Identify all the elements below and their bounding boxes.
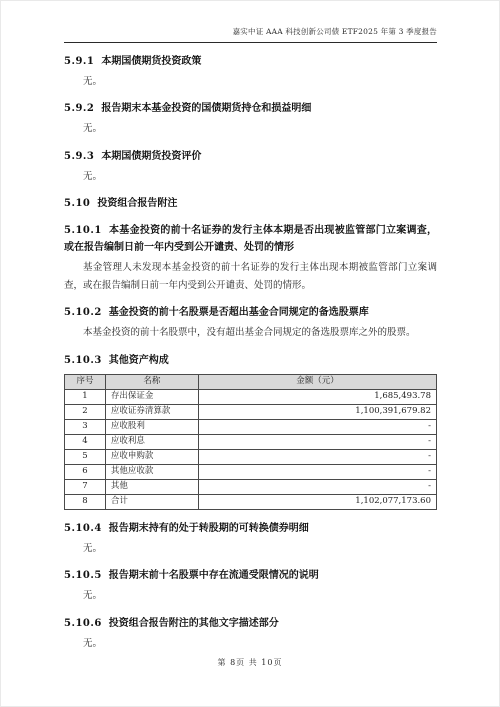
cell-amount: 1,685,493.78 (198, 389, 436, 404)
cell-name: 合计 (105, 494, 198, 509)
cell-index: 4 (65, 434, 106, 449)
col-header-index: 序号 (65, 374, 106, 389)
table-row: 8合计1,102,077,173.60 (65, 494, 437, 509)
section-heading: 5.10.2基金投资的前十名股票是否超出基金合同规定的备选股票库 (64, 304, 437, 321)
section-5-10: 5.10投资组合报告附注 (64, 195, 437, 212)
cell-amount: - (198, 479, 436, 494)
section-body: 无。 (64, 635, 437, 653)
section-title: 其他资产构成 (109, 355, 169, 366)
cell-amount: 1,102,077,173.60 (198, 494, 436, 509)
cell-amount: - (198, 464, 436, 479)
page-footer: 第 8页 共 10页 (1, 657, 499, 668)
section-heading: 5.10投资组合报告附注 (64, 195, 437, 212)
cell-index: 3 (65, 419, 106, 434)
section-title: 本期国债期货投资评价 (101, 151, 201, 162)
col-header-name: 名称 (105, 374, 198, 389)
section-heading: 5.10.5报告期末前十名股票中存在流通受限情况的说明 (64, 567, 437, 584)
section-number: 5.10.6 (64, 618, 102, 629)
page-number: 第 8页 共 10页 (218, 658, 283, 667)
report-title: 嘉实中证 AAA 科技创新公司债 ETF2025 年第 3 季度报告 (233, 27, 437, 36)
section-number: 5.10 (64, 198, 90, 209)
section-body: 本基金投资的前十名股票中，没有超出基金合同规定的备选股票库之外的股票。 (64, 324, 437, 342)
other-assets-table: 序号 名称 金额（元） 1存出保证金1,685,493.782应收证券清算款1,… (64, 374, 437, 510)
section-body: 基金管理人未发现本基金投资的前十名证券的发行主体出现本期被监管部门立案调查，或在… (64, 259, 437, 294)
section-5-10-4: 5.10.4报告期末持有的处于转股期的可转换债券明细 无。 (64, 520, 437, 558)
section-number: 5.10.3 (64, 355, 102, 366)
table-row: 7其他- (65, 479, 437, 494)
cell-name: 应收利息 (105, 434, 198, 449)
section-heading: 5.10.4报告期末持有的处于转股期的可转换债券明细 (64, 520, 437, 537)
table-row: 4应收利息- (65, 434, 437, 449)
cell-amount: 1,100,391,679.82 (198, 404, 436, 419)
cell-name: 应收股利 (105, 419, 198, 434)
section-number: 5.10.5 (64, 570, 102, 581)
section-heading: 5.9.1本期国债期货投资政策 (64, 53, 437, 70)
section-heading: 5.10.3其他资产构成 (64, 352, 437, 369)
section-5-9-3: 5.9.3本期国债期货投资评价 无。 (64, 148, 437, 186)
section-5-9-2: 5.9.2报告期末本基金投资的国债期货持仓和损益明细 无。 (64, 100, 437, 138)
table-row: 5应收申购款- (65, 449, 437, 464)
section-number: 5.10.2 (64, 307, 102, 318)
cell-name: 应收证券清算款 (105, 404, 198, 419)
page-header: 嘉实中证 AAA 科技创新公司债 ETF2025 年第 3 季度报告 (64, 27, 437, 43)
table-row: 6其他应收款- (65, 464, 437, 479)
cell-index: 5 (65, 449, 106, 464)
section-heading: 5.10.6投资组合报告附注的其他文字描述部分 (64, 615, 437, 632)
cell-index: 8 (65, 494, 106, 509)
table-row: 2应收证券清算款1,100,391,679.82 (65, 404, 437, 419)
section-number: 5.9.3 (64, 151, 94, 162)
table-body: 1存出保证金1,685,493.782应收证券清算款1,100,391,679.… (65, 389, 437, 509)
section-5-10-3: 5.10.3其他资产构成 序号 名称 金额（元） 1存出保证金1,685,493… (64, 352, 437, 510)
section-title: 基金投资的前十名股票是否超出基金合同规定的备选股票库 (109, 307, 369, 318)
section-number: 5.10.1 (64, 225, 102, 236)
section-heading: 5.9.2报告期末本基金投资的国债期货持仓和损益明细 (64, 100, 437, 117)
section-body: 无。 (64, 120, 437, 138)
section-title: 报告期末持有的处于转股期的可转换债券明细 (109, 523, 309, 534)
section-heading: 5.10.1本基金投资的前十名证券的发行主体本期是否出现被监管部门立案调查，或在… (64, 222, 437, 256)
section-5-10-2: 5.10.2基金投资的前十名股票是否超出基金合同规定的备选股票库 本基金投资的前… (64, 304, 437, 342)
cell-name: 应收申购款 (105, 449, 198, 464)
section-title: 本期国债期货投资政策 (101, 56, 201, 67)
cell-index: 6 (65, 464, 106, 479)
section-body: 无。 (64, 540, 437, 558)
section-5-9-1: 5.9.1本期国债期货投资政策 无。 (64, 53, 437, 91)
section-number: 5.9.1 (64, 56, 94, 67)
cell-name: 其他 (105, 479, 198, 494)
section-title: 本基金投资的前十名证券的发行主体本期是否出现被监管部门立案调查，或在报告编制日前… (64, 225, 437, 253)
section-body: 无。 (64, 168, 437, 186)
section-heading: 5.9.3本期国债期货投资评价 (64, 148, 437, 165)
section-title: 投资组合报告附注的其他文字描述部分 (109, 618, 279, 629)
cell-amount: - (198, 449, 436, 464)
section-number: 5.9.2 (64, 103, 94, 114)
section-title: 报告期末前十名股票中存在流通受限情况的说明 (109, 570, 319, 581)
cell-amount: - (198, 419, 436, 434)
section-title: 报告期末本基金投资的国债期货持仓和损益明细 (101, 103, 311, 114)
table-row: 1存出保证金1,685,493.78 (65, 389, 437, 404)
cell-name: 存出保证金 (105, 389, 198, 404)
section-5-10-5: 5.10.5报告期末前十名股票中存在流通受限情况的说明 无。 (64, 567, 437, 605)
section-5-10-6: 5.10.6投资组合报告附注的其他文字描述部分 无。 (64, 615, 437, 653)
section-number: 5.10.4 (64, 523, 102, 534)
cell-amount: - (198, 434, 436, 449)
section-5-10-1: 5.10.1本基金投资的前十名证券的发行主体本期是否出现被监管部门立案调查，或在… (64, 222, 437, 294)
col-header-amount: 金额（元） (198, 374, 436, 389)
report-page: 嘉实中证 AAA 科技创新公司债 ETF2025 年第 3 季度报告 5.9.1… (0, 0, 500, 707)
cell-index: 7 (65, 479, 106, 494)
section-body: 无。 (64, 73, 437, 91)
section-body: 无。 (64, 587, 437, 605)
section-title: 投资组合报告附注 (97, 198, 177, 209)
cell-index: 2 (65, 404, 106, 419)
cell-index: 1 (65, 389, 106, 404)
cell-name: 其他应收款 (105, 464, 198, 479)
table-row: 3应收股利- (65, 419, 437, 434)
table-header-row: 序号 名称 金额（元） (65, 374, 437, 389)
